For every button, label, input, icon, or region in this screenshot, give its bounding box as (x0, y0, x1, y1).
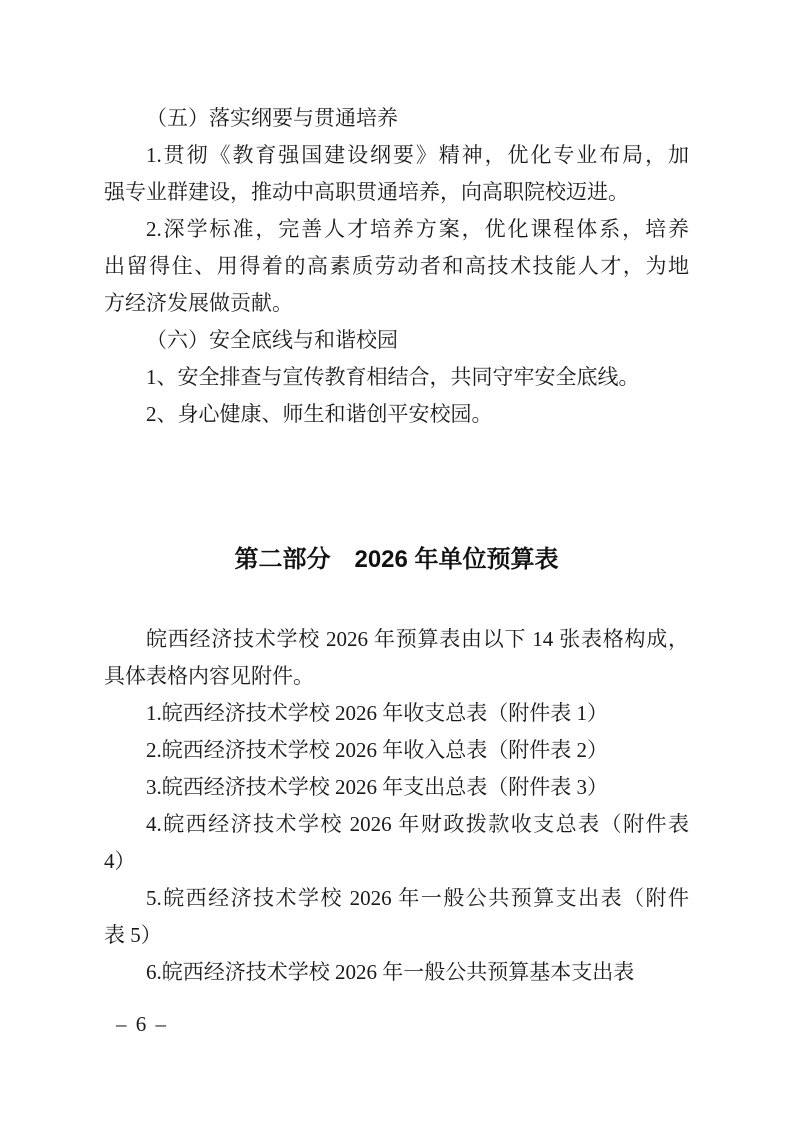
body-text-line: 出留得住、用得着的高素质劳动者和高技术技能人才，为地 (104, 248, 689, 285)
body-text-line: 皖西经济技术学校 2026 年预算表由以下 14 张表格构成， (104, 621, 689, 658)
body-text-line: 强专业群建设，推动中高职贯通培养，向高职院校迈进。 (104, 174, 689, 211)
body-text-line: （五）落实纲要与贯通培养 (104, 100, 689, 137)
body-text-line: 2.深学标准，完善人才培养方案，优化课程体系，培养 (104, 211, 689, 248)
part-two-heading: 第二部分 2026 年单位预算表 (104, 540, 689, 580)
body-text-line: 1.贯彻《教育强国建设纲要》精神，优化专业布局，加 (104, 137, 689, 174)
body-text-line: 3.皖西经济技术学校 2026 年支出总表（附件表 3） (104, 769, 689, 806)
body-text-line: （六）安全底线与和谐校园 (104, 322, 689, 359)
body-text-line: 表 5） (104, 917, 689, 954)
body-text-line: 6.皖西经济技术学校 2026 年一般公共预算基本支出表 (104, 954, 689, 991)
body-text-line: 2、身心健康、师生和谐创平安校园。 (104, 396, 689, 433)
body-text-line: 5.皖西经济技术学校 2026 年一般公共预算支出表（附件 (104, 880, 689, 917)
body-text-line: 1、安全排查与宣传教育相结合，共同守牢安全底线。 (104, 359, 689, 396)
body-text-line: 具体表格内容见附件。 (104, 658, 689, 695)
body-text-line: 4.皖西经济技术学校 2026 年财政拨款收支总表（附件表 (104, 806, 689, 843)
page-content: （五）落实纲要与贯通培养1.贯彻《教育强国建设纲要》精神，优化专业布局，加强专业… (104, 100, 689, 991)
document-page: （五）落实纲要与贯通培养1.贯彻《教育强国建设纲要》精神，优化专业布局，加强专业… (0, 0, 793, 1122)
body-text-line: 1.皖西经济技术学校 2026 年收支总表（附件表 1） (104, 695, 689, 732)
body-text-line: 4） (104, 843, 689, 880)
page-number: – 6 – (116, 1010, 168, 1038)
budget-tables-list: 皖西经济技术学校 2026 年预算表由以下 14 张表格构成，具体表格内容见附件… (104, 621, 689, 991)
section-five-six-paragraphs: （五）落实纲要与贯通培养1.贯彻《教育强国建设纲要》精神，优化专业布局，加强专业… (104, 100, 689, 433)
body-text-line: 方经济发展做贡献。 (104, 285, 689, 322)
body-text-line: 2.皖西经济技术学校 2026 年收入总表（附件表 2） (104, 732, 689, 769)
